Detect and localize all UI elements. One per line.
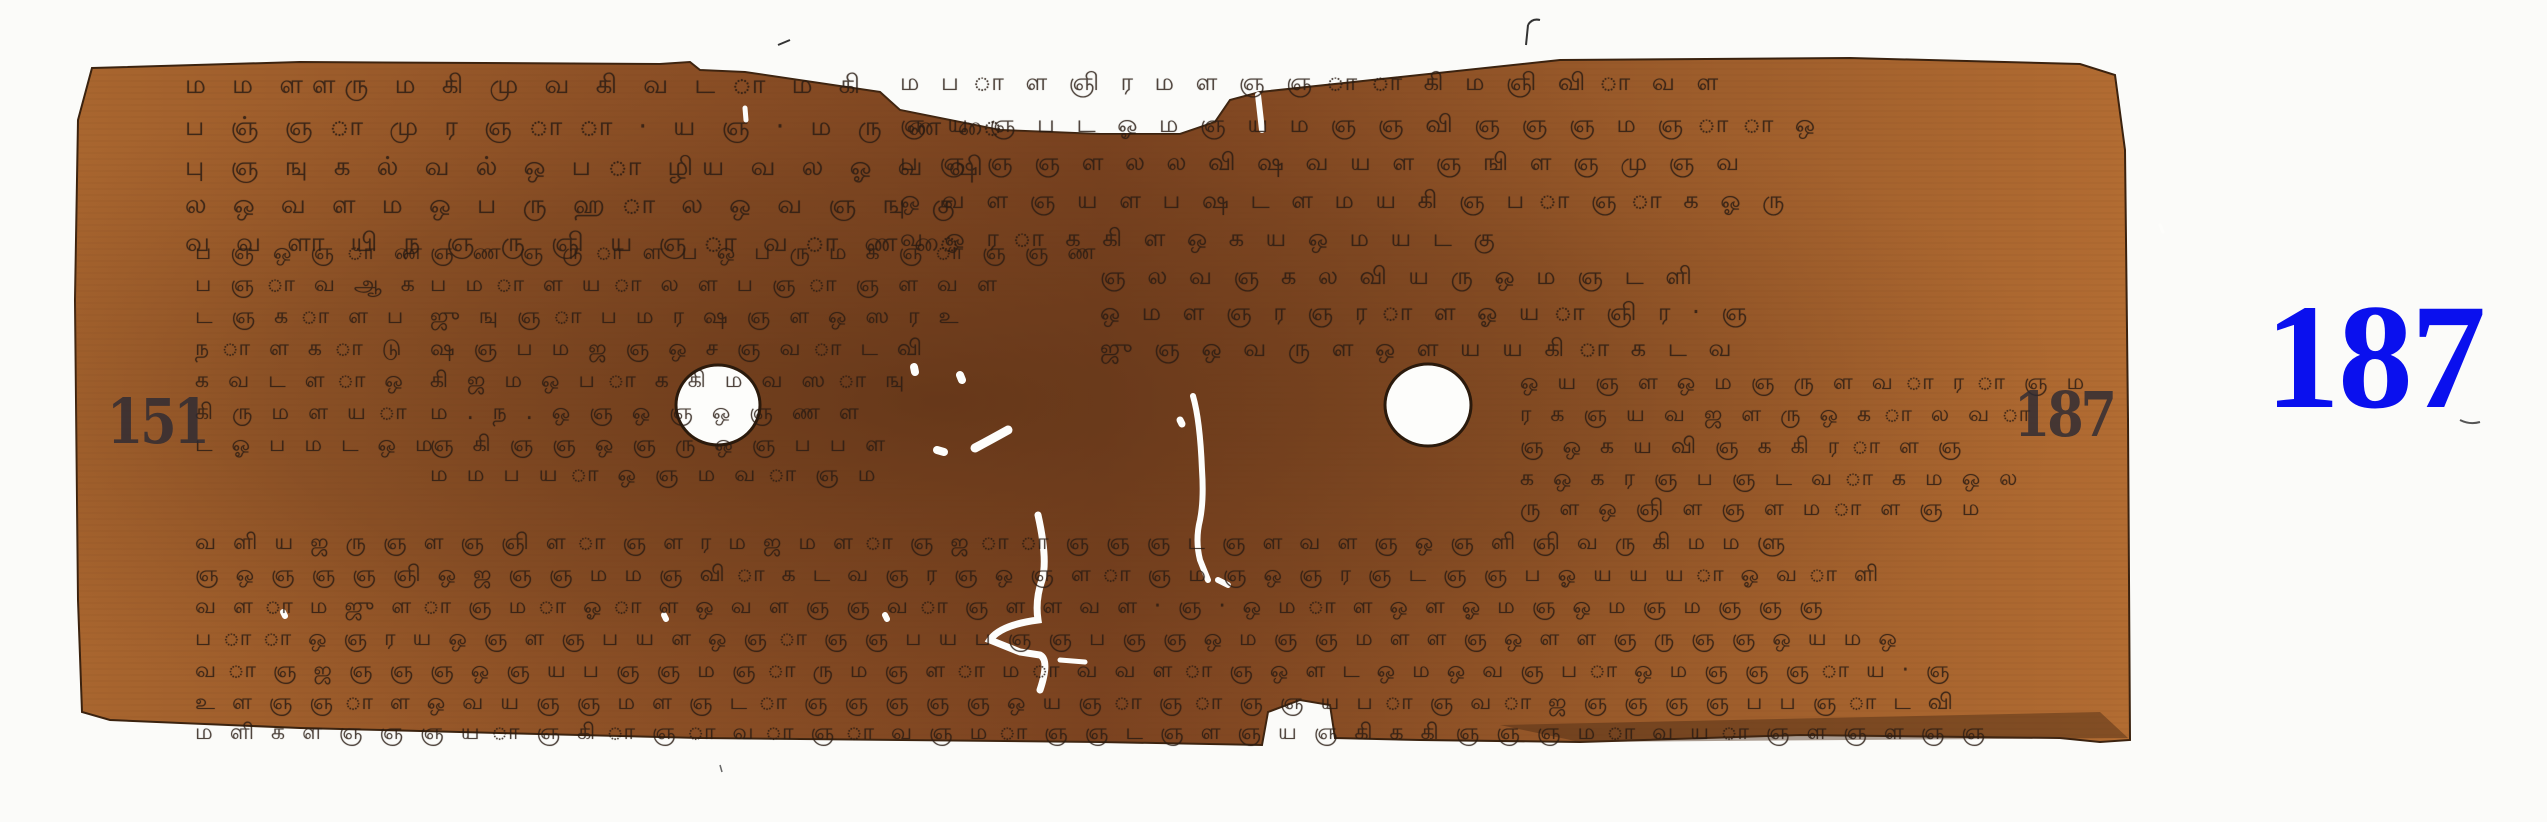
text-line: வ ள ா ம ஜு ள ா ஞ ம ா ஓ ா ள ஒ வ ள ஞ ஞ வ ா…: [195, 594, 1828, 622]
text-line: ஞ ய ஞ ப ட ஓ ம ஞ ய ம ஞ ஞ வி ஞ ஞ ஞ ம ஞ ா ா…: [900, 110, 1822, 141]
text-line: ம ம ப ய ா ஒ ஞ ம வ ா ஞ ம: [430, 462, 881, 490]
page-number: 187: [2265, 282, 2484, 432]
text-line: வ ஒ ர ா க கி ள ஒ க ய ஒ ம ய ட கு: [900, 224, 1502, 255]
text-line: வ ா ஞ ஜ ஞ ஞ ஞ ஒ ஞ ய ப ஞ ஞ ம ஞ ா ரு ம ஞ ள…: [195, 658, 1954, 686]
text-line: ஜு ஞ ஒ வ ரு ள ஒ ள ய ய கி ா க ட வ: [1100, 334, 1738, 365]
text-line: ஞ ல வ ஞ க ல வி ய ரு ஒ ம ஞ ட ளி: [1100, 262, 1699, 293]
text-line: ஜு ஙு ஞ ா ப ம ர ஷ ஞ ள ஒ ஸ ர உ: [430, 304, 964, 332]
text-line: ப ஞ ஞ ஞ ள ல ல வி ஷ வ ய ள ஞ ஙி ள ஞ மு ஞ வ: [900, 148, 1746, 179]
text-line: கி ஜ ம ஒ ப ா க கி ம வ ஸ ா ஙு: [430, 368, 910, 396]
manuscript-text: ம ம ளளரு ம கி மு வ கி வ ட ா ம கி ப ஞ் ஞ …: [0, 0, 2547, 822]
text-line: ஞ கி ஞ ஞ ஒ ஞ ரு ஒ ஞ ப ப ள: [430, 432, 891, 460]
text-line: ந ா ள க ா டு: [195, 336, 407, 364]
text-line: ம ம ளளரு ம கி மு வ கி வ ட ா ம கி: [185, 70, 869, 103]
text-line: ட ஞ க ா ள ப: [195, 304, 409, 332]
text-line: ம ளி க ள ஞ ஞ ஞ ய ா ஞ கி ா ஞ ா வ ா ஞ ா வ …: [195, 720, 1990, 748]
text-line: ப ஞ் ஞ ா மு ர ஞ ா ா · ய ஞ · ம ரு ண ை: [185, 112, 1011, 145]
text-line: ப ஞ ஒ ஞ ா ண: [195, 240, 428, 268]
manuscript-scan: ம ம ளளரு ம கி மு வ கி வ ட ா ம கி ப ஞ் ஞ …: [0, 0, 2547, 822]
text-line: ஞ ஒ க ய வி ஞ க கி ர ா ள ஞ: [1520, 434, 1967, 462]
text-line: ப ா ா ஒ ஞ ர ய ஒ ஞ ள ஞ ப ய ள ஒ ஞ ா ஞ ஞ ப …: [195, 626, 1902, 654]
text-line: ர க ஞ ய வ ஜ ள ரு ஒ க ா ல வ ா: [1520, 402, 2036, 430]
text-line: க வ ட ள ா ஒ: [195, 368, 409, 396]
right-folio-mark: 187: [2014, 378, 2114, 451]
text-line: பு ஞ ஙு க ல் வ ல் ஒ ப ா ழிய வ ல ஓ வ ஷி: [185, 152, 992, 185]
left-folio-mark: 151: [107, 385, 207, 458]
text-line: ல ஒ வ ள ம ஒ ப ரு ஹ ா ல ஒ வ ஞ ஙு கு: [185, 190, 964, 223]
text-line: ஒ ம ள ஞ ர ஞ ர ா ள ஓ ய ா ஞி ர · ஞ: [1100, 298, 1754, 329]
text-line: ஞ ஒ ஞ ஞ ஞ ஞி ஒ ஜ ஞ ஞ ம ம ஞ வி ா க ட வ ஞ …: [195, 562, 1883, 590]
text-line: ஒ ய ஞ ள ஒ ம ஞ ரு ள வ ா ர ா ஞ ம: [1520, 370, 2090, 398]
text-line: ஒ வ ள ஞ ய ள ப ஷ ட ள ம ய கி ஞ ப ா ஞ ா க ஓ…: [900, 186, 1791, 217]
text-line: ப ஞ ா வ ஆ க: [195, 272, 421, 300]
text-line: ம . ந . ஒ ஞ ஒ ஞ ஒ ஞ ண ள: [430, 400, 865, 428]
text-line: ரு ள ஒ ஞி ள ஞ ள ம ா ள ஞ ம: [1520, 496, 1985, 524]
text-line: ம ப ா ள ஞி ர ம ள ஞ ஞ ா ா கி ம ஞி வி ா வ …: [900, 68, 1725, 99]
text-line: ப ம ா ள ய ா ல ள ப ஞ ா ஞ ள வ ள: [430, 272, 1003, 300]
text-line: கி ரு ம ள ய ா: [195, 400, 413, 428]
text-line: உ ள ஞ ஞ ா ள ஒ வ ய ஞ ஞ ம ள ஞ ட ா ஞ ஞ ஞ ஞ …: [195, 690, 1958, 718]
text-line: வ ளி ய ஜ ரு ஞ ள ஞ ஞி ள ா ஞ ள ர ம ஜ ம ள ா…: [195, 530, 1790, 558]
text-line: ட ஓ ப ம ட ஒ ம: [195, 432, 439, 460]
text-line: ஷ ஞ ப ம ஜ ஞ ஒ ச ஞ வ ா ட வி: [430, 336, 928, 364]
text-line: க ஒ க ர ஞ ப ஞ ட வ ா க ம ஒ ல: [1520, 466, 2023, 494]
